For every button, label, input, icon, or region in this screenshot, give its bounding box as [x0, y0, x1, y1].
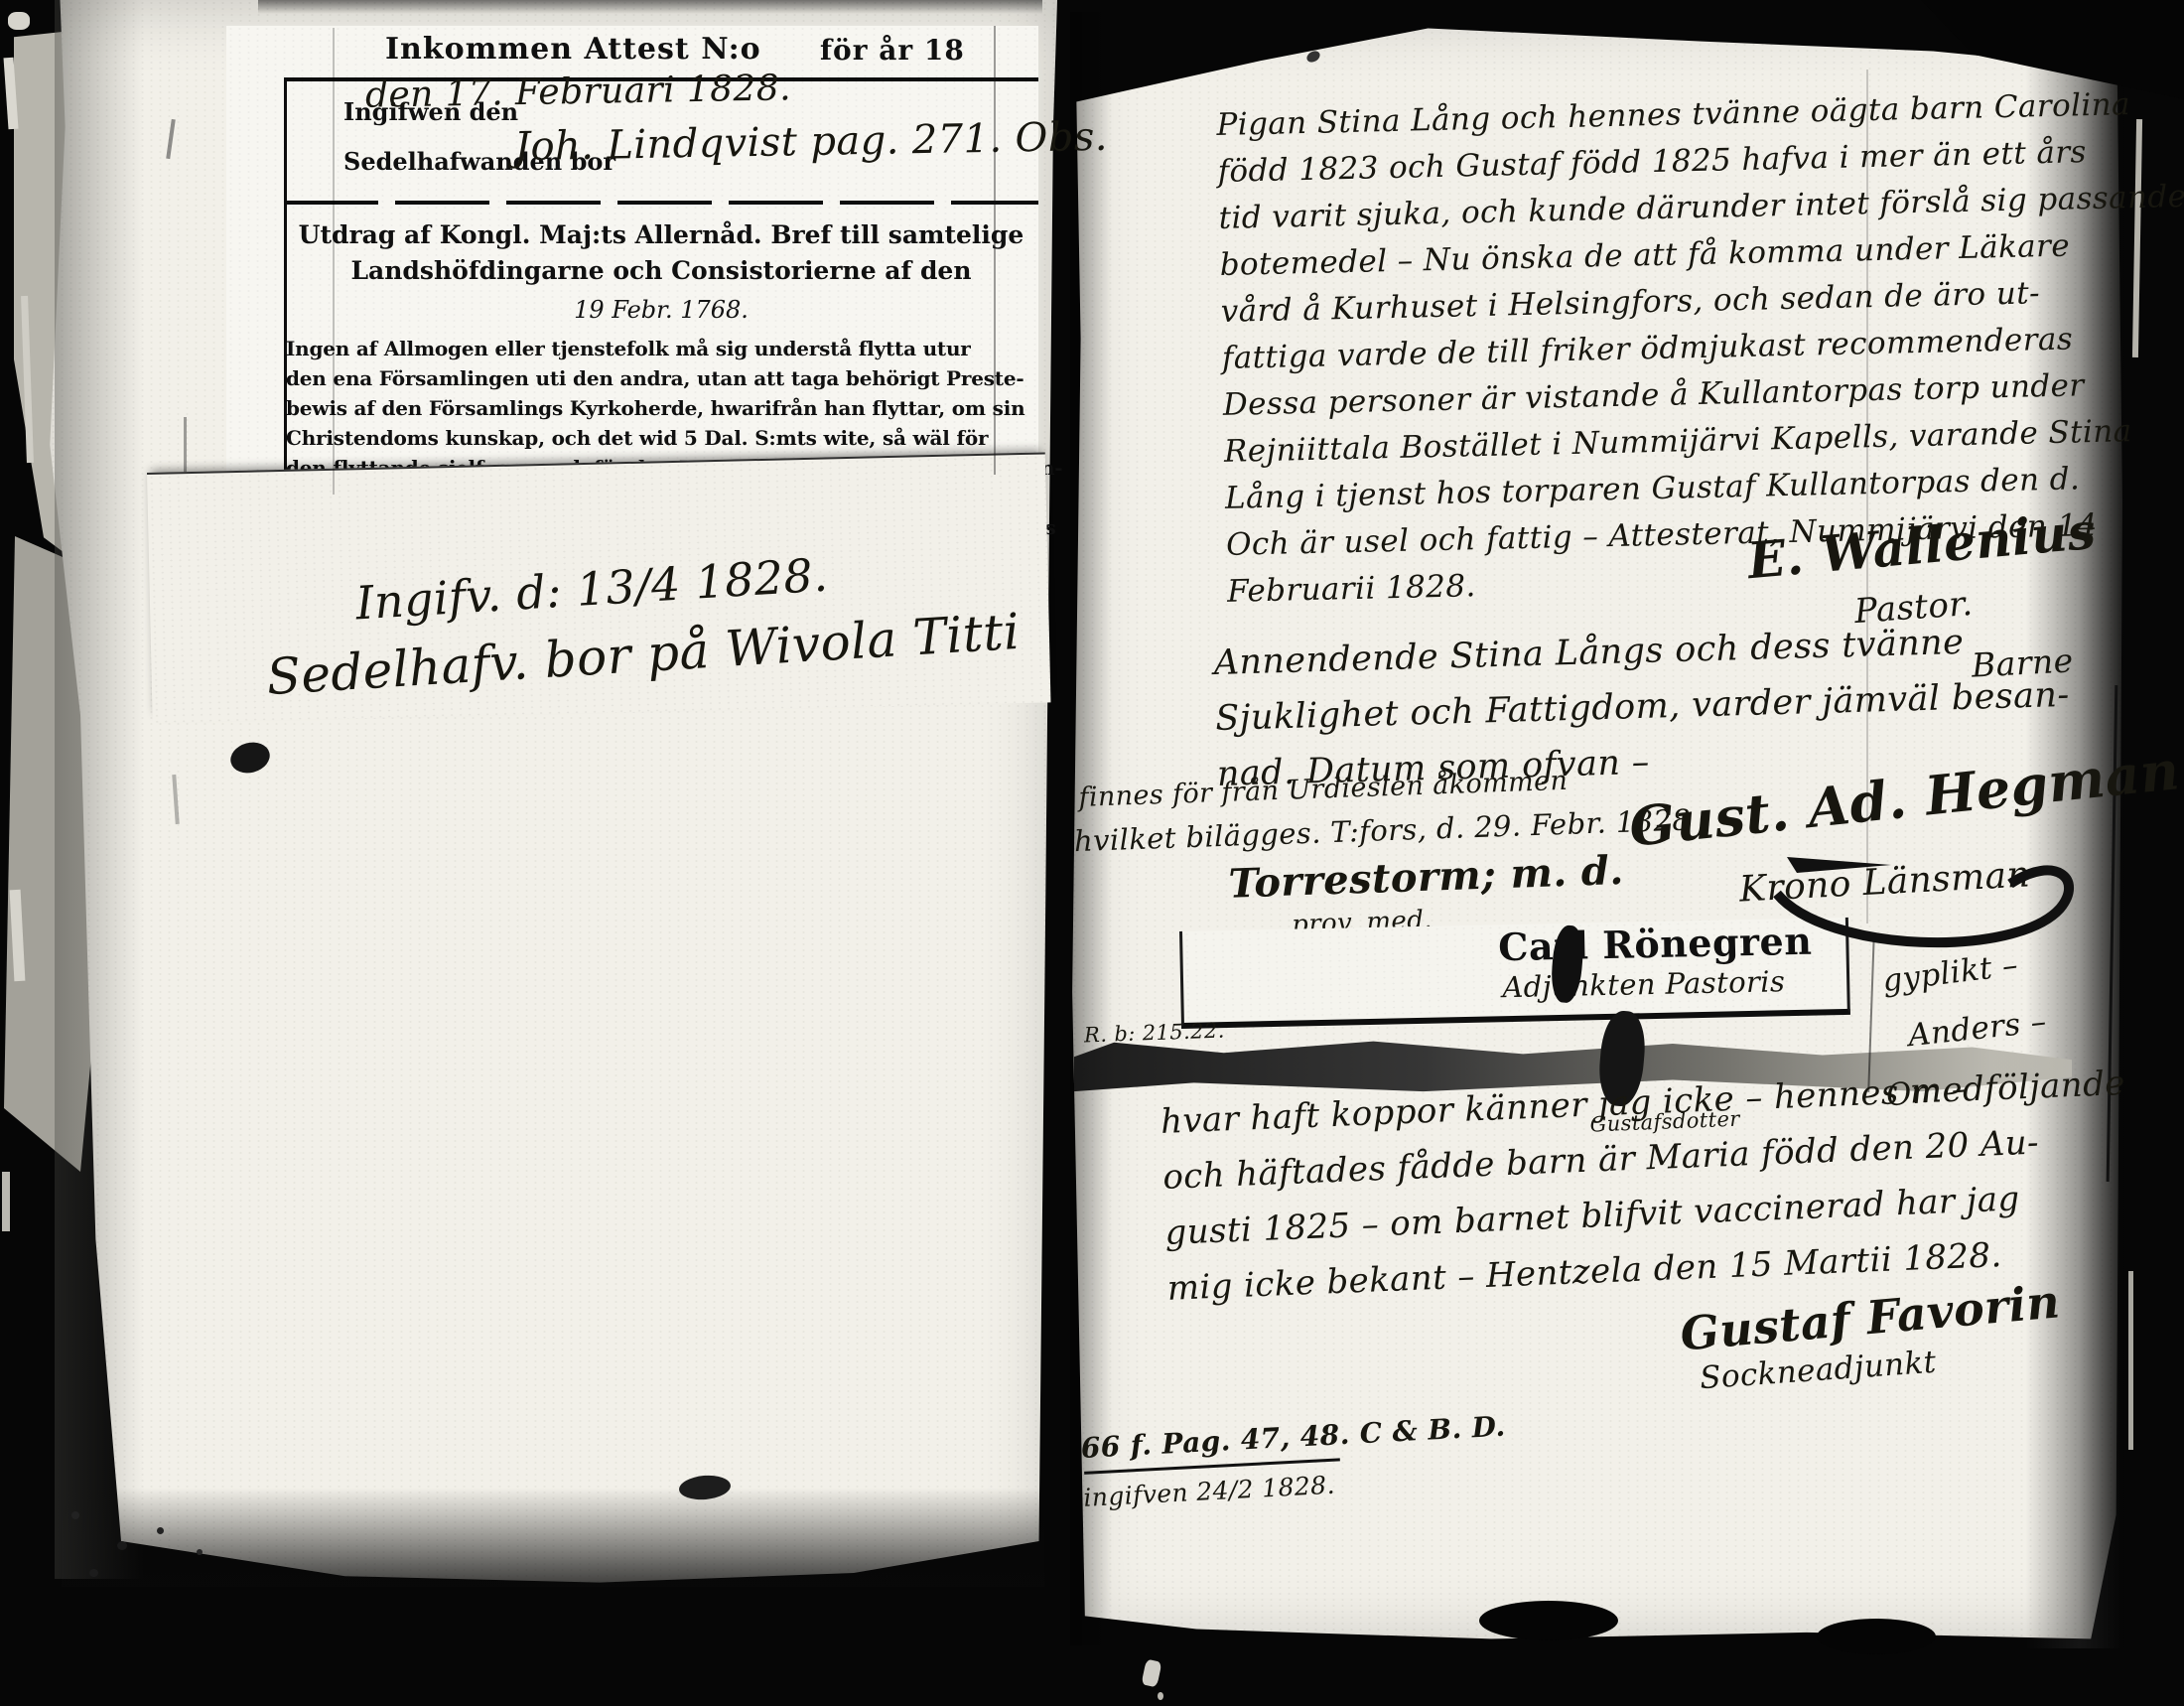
- ink-speck: [117, 1541, 127, 1550]
- form-row2-value: Joh. Lindqvist pag. 271. Obs.: [514, 114, 1109, 170]
- adjunct-signature-title: Adjunkten Pastoris: [1502, 964, 1786, 1004]
- paper-speck: [8, 12, 30, 30]
- adjunct-slip: Carl Rönegren Adjunkten Pastoris: [1179, 918, 1850, 1029]
- paper-speck: [1141, 1659, 1161, 1688]
- shadow-blob: [1817, 1619, 1936, 1654]
- decree-body-line: Christendoms kunskap, och det wid 5 Dal.…: [286, 423, 1036, 453]
- attest2-edge-word: Barne: [1971, 640, 2074, 684]
- decree-body-line: Ingen af Allmogen eller tjenstefolk må s…: [286, 334, 1036, 363]
- decree-title-line1: Utdrag af Kongl. Maj:ts Allernåd. Bref t…: [284, 220, 1038, 249]
- ink-speck: [89, 1569, 98, 1577]
- attest3-paragraph: hvar haft koppor känner jag icke – henne…: [1160, 1057, 2101, 1317]
- form-row1-value: den 17. Februari 1828.: [365, 68, 792, 115]
- attest-header-left: Inkommen Attest N:o: [385, 32, 761, 67]
- decree-body-line: bewis af den Församlings Kyrkoherde, hwa…: [286, 393, 1036, 423]
- paper-speck: [1158, 1692, 1163, 1700]
- attest-header-right: för år 18: [820, 34, 965, 67]
- shadow-blob: [1479, 1601, 1618, 1640]
- ink-speck: [157, 1527, 164, 1534]
- fold-crease: [333, 28, 335, 495]
- decree-body-line: den ena Församlingen uti den andra, utan…: [286, 363, 1036, 393]
- fold-crease: [994, 26, 996, 475]
- attest-slip: Inkommen Attest N:o för år 18 Ingifwen d…: [226, 26, 1038, 491]
- ink-speck: [71, 1511, 79, 1519]
- margin-reference-note: R. b: 215.22.: [1084, 1019, 1225, 1048]
- document-scan: Inkommen Attest N:o för år 18 Ingifwen d…: [0, 0, 2184, 1706]
- decree-title-line2: Landshöfdingarne och Consistorierne af d…: [284, 256, 1038, 285]
- ink-speck: [197, 1549, 203, 1555]
- paper-sliver: [2, 1172, 10, 1231]
- paper-sliver: [2128, 1271, 2133, 1450]
- signature-flourish: [1757, 839, 2095, 968]
- decree-title-line3: 19 Febr. 1768.: [284, 296, 1038, 324]
- slip-rule-mid: [284, 201, 1038, 205]
- ink-smudge: [184, 417, 187, 477]
